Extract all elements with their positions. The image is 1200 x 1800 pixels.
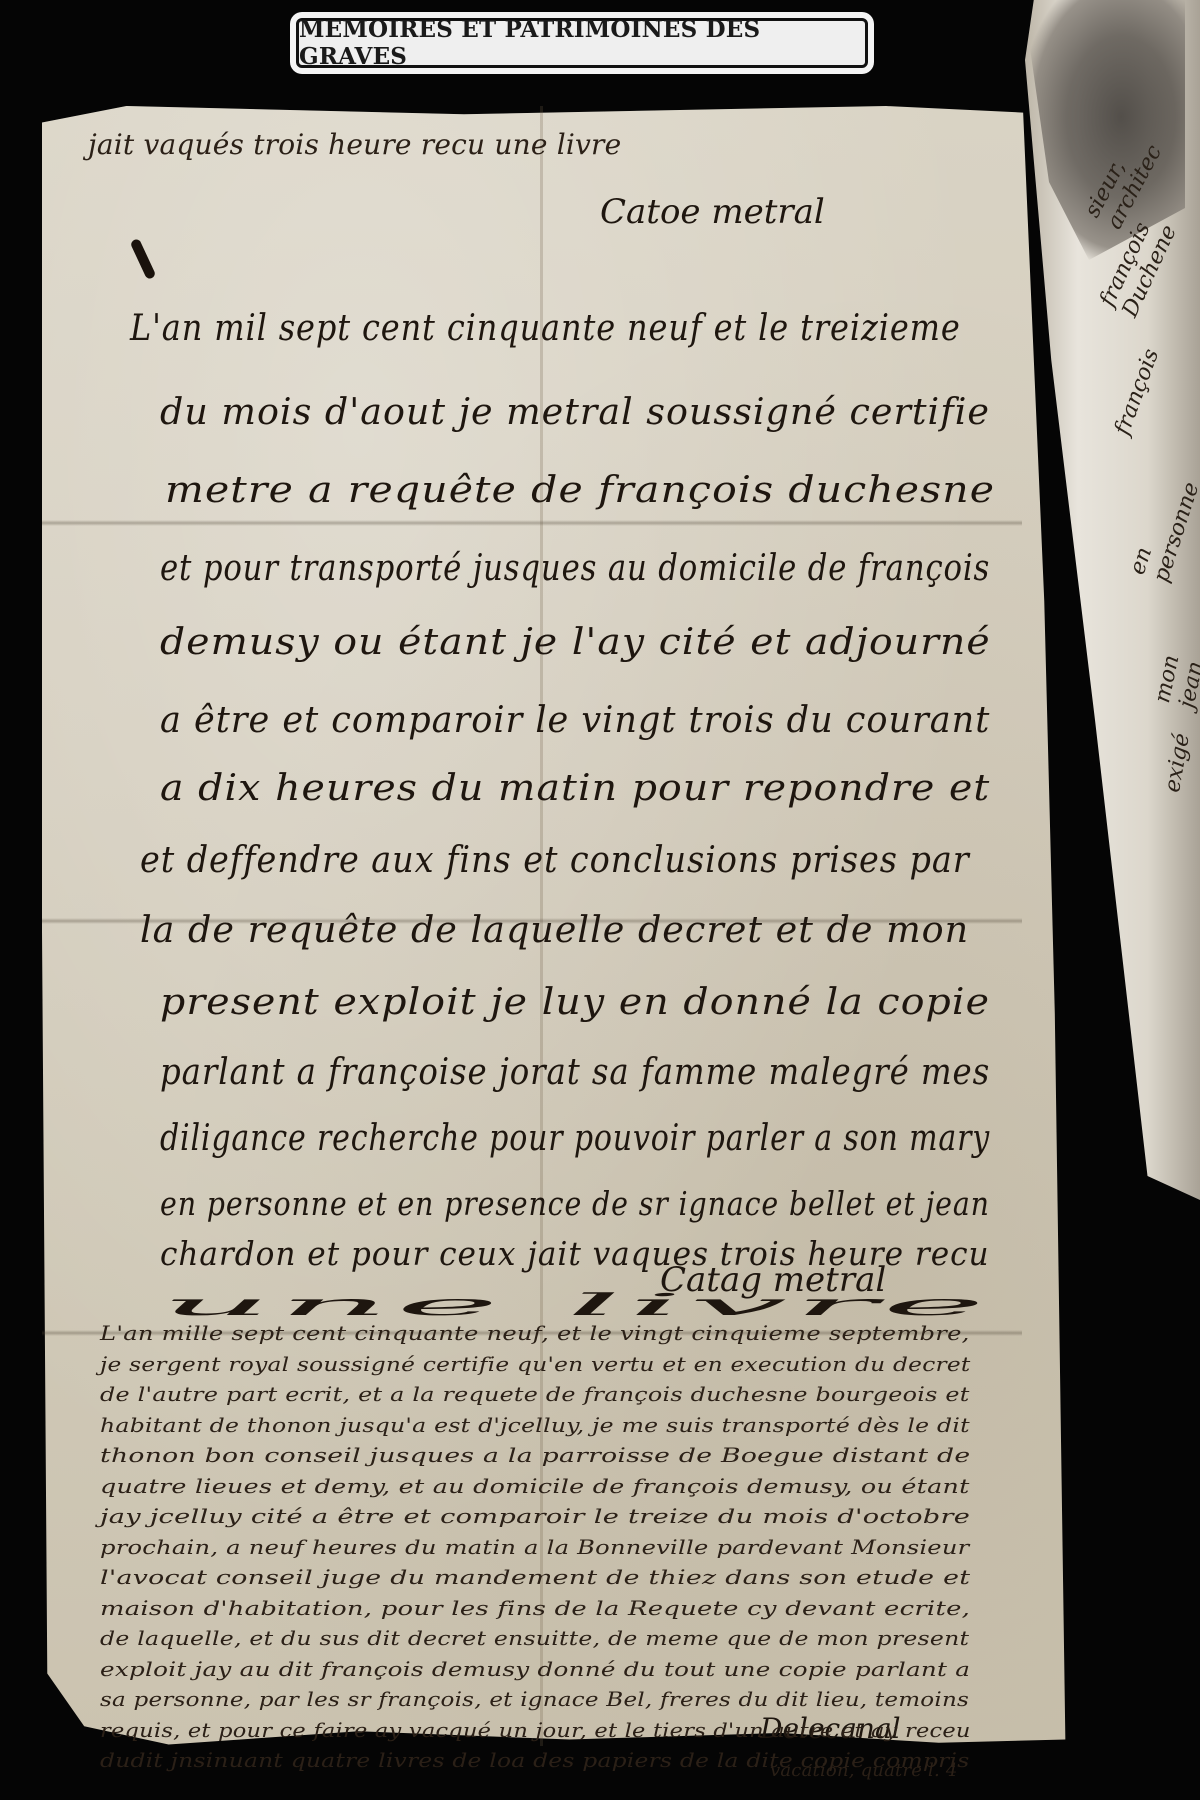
signature-metral-2: Catag metral: [660, 1260, 886, 1300]
text-line: et pour transporté jusques au domicile d…: [160, 548, 990, 589]
text-line: a être et comparoir le vingt trois du co…: [160, 700, 990, 741]
text-line: a dix heures du matin pour repondre et: [160, 768, 990, 809]
text-line-small: dudit jnsinuant quatre livres de loa des…: [100, 1749, 969, 1772]
text-line: la de requête de laquelle decret et de m…: [140, 910, 969, 951]
text-line-small: sa personne, par les sr françois, et ign…: [100, 1688, 969, 1711]
text-line-small: de laquelle, et du sus dit decret ensuit…: [100, 1627, 969, 1650]
text-line-small: prochain, a neuf heures du matin a la Bo…: [100, 1536, 969, 1559]
text-line: du mois d'aout je metral soussigné certi…: [160, 392, 990, 433]
text-line: parlant a françoise jorat sa famme maleg…: [160, 1052, 990, 1093]
signature-metral-1: Catoe metral: [600, 192, 825, 232]
opening-line: jait vaqués trois heure recu une livre: [88, 128, 621, 161]
text-line: et deffendre aux fins et conclusions pri…: [140, 840, 970, 881]
text-line-small: maison d'habitation, pour les fins de la…: [100, 1597, 970, 1620]
text-line: demusy ou étant je l'ay cité et adjourné: [160, 622, 991, 663]
text-line-small: L'an mille sept cent cinquante neuf, et …: [100, 1322, 970, 1345]
text-line: L'an mil sept cent cinquante neuf et le …: [130, 308, 961, 349]
text-line-small: jay jcelluy cité a être et comparoir le …: [100, 1505, 970, 1528]
text-line: present exploit je luy en donné la copie: [160, 982, 990, 1023]
text-line-small: quatre lieues et demy, et au domicile de…: [100, 1475, 970, 1498]
text-line-small: thonon bon conseil jusques a la parroiss…: [100, 1444, 970, 1467]
text-line-small: je sergent royal soussigné certifie qu'e…: [100, 1353, 971, 1376]
text-line-small: requis, et pour ce faire ay vacqué un jo…: [100, 1719, 971, 1742]
archive-title: MEMOIRES ET PATRIMOINES DES GRAVES: [299, 16, 865, 70]
paper-fold-horizontal: [42, 520, 1022, 526]
text-line-small: de l'autre part ecrit, et a la requete d…: [100, 1383, 970, 1406]
text-line: metre a requête de françois duchesne: [165, 470, 995, 511]
text-line: diligance recherche pour pouvoir parler …: [160, 1118, 990, 1159]
text-line-small: habitant de thonon jusqu'a est d'jcelluy…: [100, 1414, 970, 1437]
text-line-small: l'avocat conseil juge du mandement de th…: [100, 1566, 970, 1589]
curled-fragment: mon jean: [1150, 651, 1200, 710]
archive-header-label: MEMOIRES ET PATRIMOINES DES GRAVES: [296, 18, 868, 68]
text-line: en personne et en presence de sr ignace …: [160, 1184, 990, 1223]
text-line-small: exploit jay au dit françois demusy donné…: [100, 1658, 970, 1681]
